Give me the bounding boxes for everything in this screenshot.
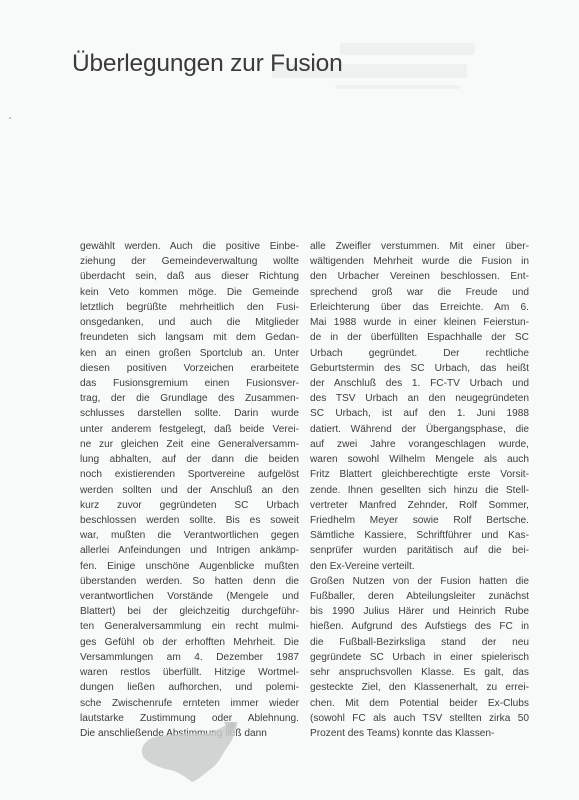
- text-line: lung abhalten, auf der dann die beiden: [80, 452, 299, 467]
- text-line: beschlossen werden sollte. Bis es soweit: [80, 513, 299, 528]
- map-silhouette-icon: [140, 722, 270, 786]
- text-column-left: gewählt werden. Auch die positive Einbe-…: [80, 239, 299, 741]
- text-line: die Fußball-Bezirksliga stand der neu: [310, 635, 529, 650]
- text-line: hießen. Aufgrund des Aufstiegs des FC in: [310, 619, 529, 634]
- text-line: freundeten sich langsam mit dem Gedan-: [80, 330, 299, 345]
- text-line: gesteckte Ziel, den Klassenerhalt, zu er…: [310, 680, 529, 695]
- text-line: Fritz Blattert gleichberechtigte erste V…: [310, 467, 529, 482]
- text-line: senprüfer wurden paritätisch auf die bei…: [310, 543, 529, 558]
- text-line: unter anderem festgelegt, daß beide Vere…: [80, 422, 299, 437]
- text-line: kurz zuvor gegründeten SC Urbach: [80, 498, 299, 513]
- text-line: diesen positiven Vorzeichen erarbeitete: [80, 361, 299, 376]
- text-line: onsgedanken, und auch die Mitglieder: [80, 315, 299, 330]
- text-column-right: alle Zweifler verstummen. Mit einer über…: [310, 239, 529, 741]
- text-line: war, mußten die Verantwortlichen gegen: [80, 528, 299, 543]
- text-line: Geburtstermin des SC Urbach, das heißt: [310, 361, 529, 376]
- text-line: letztlich begrüßte mehrheitlich den Fusi…: [80, 300, 299, 315]
- show-through-subheading: [335, 85, 460, 89]
- text-line: den Urbacher Vereinen beschlossen. Ent-: [310, 269, 529, 284]
- text-line: waren sowohl Wilhelm Mengele als auch: [310, 452, 529, 467]
- text-line: bis 1990 Julius Härer und Heinrich Rube: [310, 604, 529, 619]
- text-line: Fußballer, deren Abteilungsleiter zunäch…: [310, 589, 529, 604]
- text-line: verantwortlichen Vorstände (Mengele und: [80, 589, 299, 604]
- text-line: Urbach gegründet. Der rechtliche: [310, 346, 529, 361]
- text-line: werden sollten und der Anschluß an den: [80, 483, 299, 498]
- text-line: waren restlos überfüllt. Hitzige Wortmel…: [80, 665, 299, 680]
- text-line: des TSV Urbach an den neugegründeten: [310, 391, 529, 406]
- text-line: Blattert) bei der gleichzeitig durchgefü…: [80, 604, 299, 619]
- text-line: überdacht sein, daß aus dieser Richtung: [80, 269, 299, 284]
- text-line: trag, der die Grundlage des Zusammen-: [80, 391, 299, 406]
- text-line: Prozent des Teams) konnte das Klassen-: [310, 726, 529, 741]
- text-line: kein Veto kommen möge. Die Gemeinde: [80, 285, 299, 300]
- text-line: zende. Ihnen gesellten sich hinzu die St…: [310, 483, 529, 498]
- text-line: überstanden werden. So hatten denn die: [80, 574, 299, 589]
- text-line: das Fusionsgremium einen Fusionsver-: [80, 376, 299, 391]
- text-line: de in der überfüllten Espachhalle der SC: [310, 330, 529, 345]
- text-line: den Ex-Vereine verteilt.: [310, 559, 529, 574]
- text-line: sche Zwischenrufe ernteten immer wieder: [80, 696, 299, 711]
- text-line: Sämtliche Kassiere, Schriftführer und Ka…: [310, 528, 529, 543]
- text-line: der Anschluß des 1. FC-TV Urbach und: [310, 376, 529, 391]
- text-line: dungen ließen aufhorchen, und polemi-: [80, 680, 299, 695]
- text-line: wältigenden Mehrheit wurde die Fusion in: [310, 254, 529, 269]
- text-line: vertreter Manfred Zehnder, Rolf Sommer,: [310, 498, 529, 513]
- text-line: gewählt werden. Auch die positive Einbe-: [80, 239, 299, 254]
- text-line: Mai 1988 wurde in einer kleinen Feierstu…: [310, 315, 529, 330]
- text-line: datiert. Während der Übergangsphase, die: [310, 422, 529, 437]
- text-line: sprechend groß war die Freude und: [310, 285, 529, 300]
- text-line: ges Gefühl ob der erhofften Mehrheit. Di…: [80, 635, 299, 650]
- text-line: ten Generalversammlung ein recht mulmi-: [80, 619, 299, 634]
- text-line: Versammlungen am 4. Dezember 1987: [80, 650, 299, 665]
- text-line: sehr anspruchsvollen Klasse. Es galt, da…: [310, 665, 529, 680]
- text-line: ne zur gleichen Zeit eine Generalversamm…: [80, 437, 299, 452]
- text-line: noch existierenden Sportvereine aufgelös…: [80, 467, 299, 482]
- text-line: auf zwei Jahre vorangeschlagen wurde,: [310, 437, 529, 452]
- text-line: schlusses darstellen sollte. Darin wurde: [80, 406, 299, 421]
- text-line: alle Zweifler verstummen. Mit einer über…: [310, 239, 529, 254]
- text-line: Erleichterung über das Erreichte. Am 6.: [310, 300, 529, 315]
- scan-speck: [9, 117, 11, 119]
- text-line: Großen Nutzen von der Fusion hatten die: [310, 574, 529, 589]
- text-line: ziehung der Gemeindeverwaltung wollte: [80, 254, 299, 269]
- text-line: Friedhelm Meyer sowie Rolf Bertsche.: [310, 513, 529, 528]
- text-line: chen. Mit dem Potential beider Ex-Clubs: [310, 696, 529, 711]
- text-line: gegründete SC Urbach in einer spielerisc…: [310, 650, 529, 665]
- text-line: fen. Einige unschöne Augenblicke mußten: [80, 559, 299, 574]
- show-through-heading: [340, 43, 475, 55]
- text-line: (sowohl FC als auch TSV stellten zirka 5…: [310, 711, 529, 726]
- document-page: Überlegungen zur Fusion gewählt werden. …: [0, 0, 579, 800]
- text-line: allerlei Anfeindungen und Intrigen ankäm…: [80, 543, 299, 558]
- text-line: SC Urbach, ist auf den 1. Juni 1988: [310, 406, 529, 421]
- page-title: Überlegungen zur Fusion: [72, 50, 343, 78]
- text-line: ken an einen großen Sportclub an. Unter: [80, 346, 299, 361]
